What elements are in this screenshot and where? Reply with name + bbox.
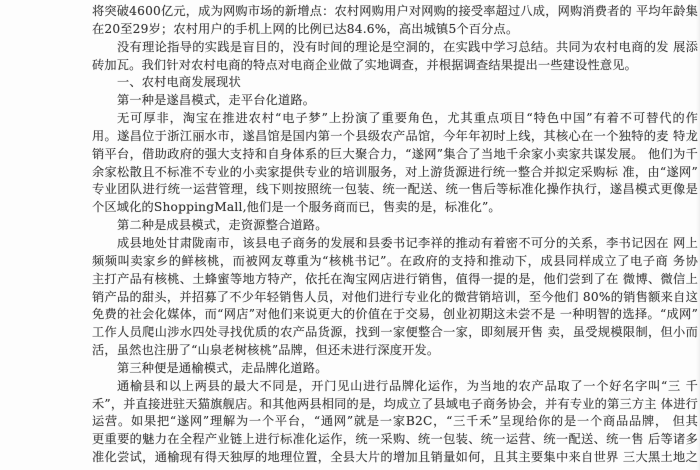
text-line: 没有理论指导的实践是盲目的，没有时间的理论是空洞的，在实践中学习总结。共同为农村…	[92, 39, 698, 57]
text-line: 用。遂昌位于浙江丽水市，遂昌馆是国内第一个县级农产品馆，今年年初时上线，其核心在…	[92, 128, 698, 146]
text-line: 销产品的甜头，并招募了不少年轻销售人员，对他们进行专业化的微营销培训，至今他们 …	[92, 289, 698, 307]
text-line: 一、农村电商发展现状	[92, 74, 698, 92]
text-line: 通榆县和以上两县的最大不同是，开门见山进行品牌化运作，为当地的农产品取了一个好名…	[92, 378, 698, 396]
text-line: 第三种便是通榆模式，走品牌化道路。	[92, 360, 698, 378]
text-line: 频频叫卖家乡的鲜核桃，而被网友尊重为“核桃书记”。在政府的支持和推动下，成县同样…	[92, 253, 698, 271]
text-line: 个区域化的ShoppingMall,他们是一个服务商而已，售卖的是，标准化”。	[92, 199, 698, 217]
text-line: 砖加瓦。我们针对农村电商的特点对电商企业做了实地调查，并根据调查结果提出一些建设…	[92, 57, 698, 75]
text-line: 更重要的魅力在全程产业链上进行标准化运作，统一采购、统一包装、统一运营、统一配送…	[92, 431, 698, 449]
text-line: 余家松散且不标准不专业的小卖家提供专业的培训服务，对上游货源进行统一整合并拟定采…	[92, 164, 698, 182]
text-line: 禾”，并直接进驻天猫旗舰店。和其他两县相同的是，均成立了县域电子商务协会，并有专…	[92, 396, 698, 414]
text-line: 无可厚非，淘宝在推进农村“电子梦”上扮演了重要角色，尤其重点项目“特色中国”有着…	[92, 110, 698, 128]
document-page: 将突破4600亿元，成为网购市场的新增点：农村网购用户对网购的接受率超过八成，网…	[0, 0, 700, 470]
text-line: 准化尝试，通榆现有得天独厚的地理位置，全县大片的增加且销量如何，且其主要集中来自…	[92, 449, 698, 467]
text-line: 主打产品有核桃、土蜂蜜等地方特产，依托在淘宝网店进行销售，值得一提的是，他们尝到…	[92, 271, 698, 289]
text-line: 活，虽然也注册了“山泉老树核桃”品牌，但还未进行深度开发。	[92, 342, 698, 360]
text-line: 第二种是成县模式，走资源整合道路。	[92, 217, 698, 235]
text-line: 第一种是遂昌模式，走平台化道路。	[92, 92, 698, 110]
text-line: 运营。如果把“遂网”理解为一个平台，“通网”就是一家B2C，“三千禾”呈现给你的…	[92, 413, 698, 431]
text-line: 成县地处甘肃陇南市，该县电子商务的发展和县委书记李祥的推动有着密不可分的关系，李…	[92, 235, 698, 253]
document-text-block: 将突破4600亿元，成为网购市场的新增点：农村网购用户对网购的接受率超过八成，网…	[92, 3, 698, 467]
text-line: 工作人员爬山涉水四处寻找优质的农产品货源，找到一家便整合一家，即刻展开售 卖，虽…	[92, 324, 698, 342]
text-line: 将突破4600亿元，成为网购市场的新增点：农村网购用户对网购的接受率超过八成，网…	[92, 3, 698, 21]
text-line: 在20至29岁；农村用户的手机上网的比例已达84.6%，高出城镇5个百分点。	[92, 21, 698, 39]
text-line: 销平台，借助政府的强大支持和自身体系的巨大聚合力，“遂网”集合了当地千余家小卖家…	[92, 146, 698, 164]
text-line: 专业团队进行统一运营管理，线下则按照统一包装、统一配送、统一售后等标准化操作执行…	[92, 181, 698, 199]
text-line: 免费的社会化媒体，而“网店”对他们来说更大的价值在于交易，创业初期这未尝不是 一…	[92, 306, 698, 324]
